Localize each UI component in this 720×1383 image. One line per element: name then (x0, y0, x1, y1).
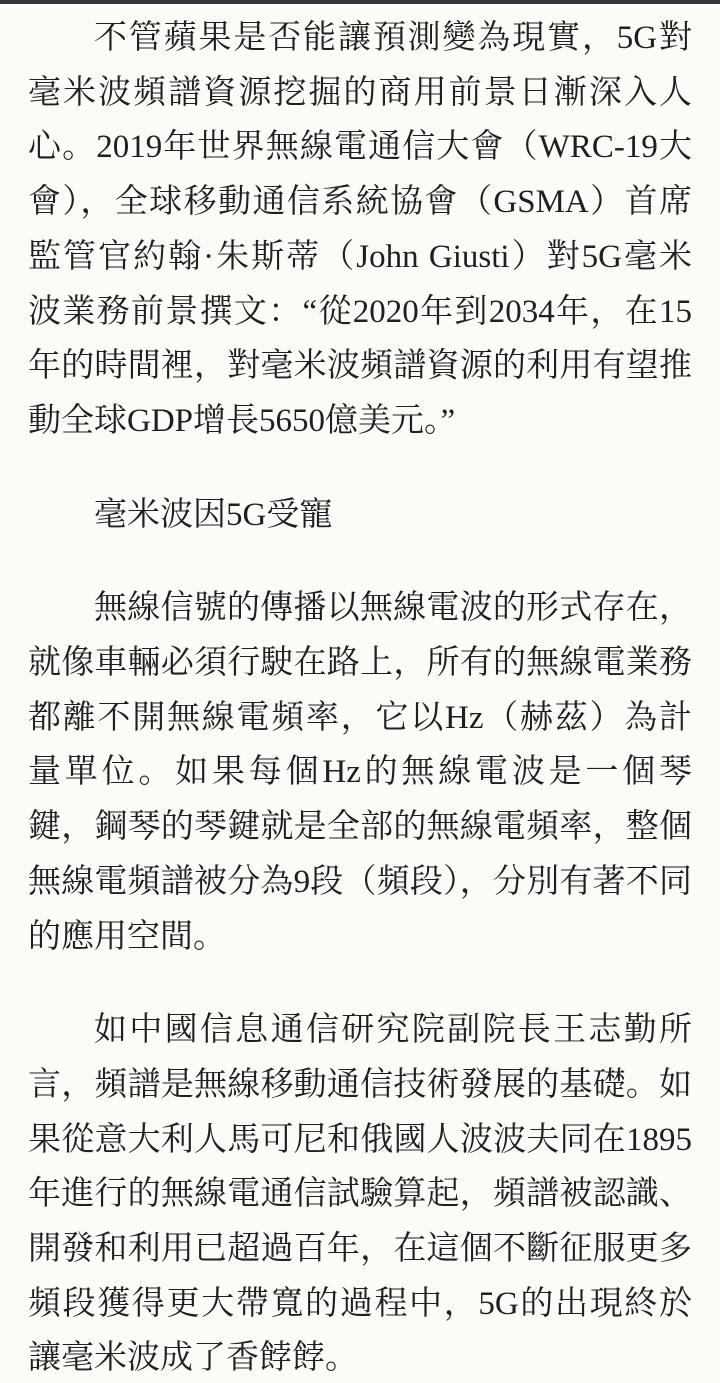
ebook-article-page: 不管蘋果是否能讓預測變為現實，5G對毫米波頻譜資源挖掘的商用前景日漸深入人心。2… (0, 4, 720, 1383)
article-paragraph-intro: 不管蘋果是否能讓預測變為現實，5G對毫米波頻譜資源挖掘的商用前景日漸深入人心。2… (28, 11, 692, 449)
article-paragraph-history: 如中國信息通信研究院副院長王志勤所言，頻譜是無線移動通信技術發展的基礎。如果從意… (28, 1003, 692, 1383)
section-heading: 毫米波因5G受寵 (28, 488, 692, 543)
article-paragraph-spectrum: 無線信號的傳播以無線電波的形式存在，就像車輛必須行駛在路上，所有的無線電業務都離… (28, 581, 692, 964)
